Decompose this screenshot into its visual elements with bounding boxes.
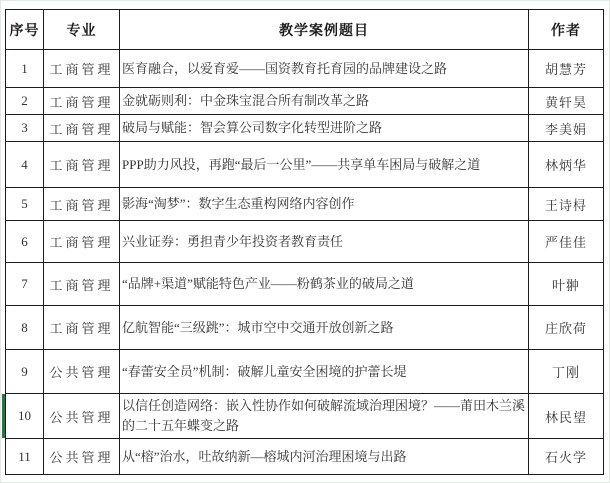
- header-cell-author: 作者: [529, 10, 604, 50]
- header-cell-title: 教学案例题目: [120, 10, 529, 50]
- row-major-cell: 工商管理: [44, 221, 120, 263]
- row-number-cell: 1: [6, 50, 44, 88]
- row-author-cell: 李美娟: [529, 115, 604, 142]
- row-number-cell: 8: [6, 306, 44, 350]
- row-title-cell: 从“榕”治水，吐故纳新—榕城内河治理困境与出路: [120, 439, 529, 475]
- row-title-cell: “春蕾安全员”机制：破解儿童安全困境的护蕾长堤: [120, 350, 529, 394]
- table-row: 7工商管理“品牌+渠道”赋能特色产业——粉鹤茶业的破局之道叶翀: [6, 263, 604, 306]
- row-author-cell: 叶翀: [529, 263, 604, 306]
- row-title-cell: 医育融合，以爱育爱——国资教育托育园的品牌建设之路: [120, 50, 529, 88]
- row-title-cell: 影海“淘梦”：数字生态重构网络内容创作: [120, 188, 529, 221]
- row-title-cell: PPP助力风投，再跑“最后一公里”——共享单车困局与破解之道: [120, 142, 529, 188]
- table-row: 8工商管理亿航智能“三级跳”：城市空中交通开放创新之路庄欣荷: [6, 306, 604, 350]
- row-major-cell: 工商管理: [44, 188, 120, 221]
- row-major-cell: 工商管理: [44, 88, 120, 115]
- table-row: 1工商管理医育融合，以爱育爱——国资教育托育园的品牌建设之路胡慧芳: [6, 50, 604, 88]
- table-row: 10公共管理以信任创造网络：嵌入性协作如何破解流域治理困境？——莆田木兰溪的二十…: [6, 394, 604, 439]
- row-author-cell: 严佳佳: [529, 221, 604, 263]
- row-author-cell: 林炳华: [529, 142, 604, 188]
- row-title-cell: 亿航智能“三级跳”：城市空中交通开放创新之路: [120, 306, 529, 350]
- document-page: 序号 专业 教学案例题目 作者 1工商管理医育融合，以爱育爱——国资教育托育园的…: [0, 0, 610, 483]
- row-number-cell: 5: [6, 188, 44, 221]
- header-cell-number: 序号: [6, 10, 44, 50]
- table-row: 2工商管理金就砺则利：中金珠宝混合所有制改革之路黄轩昊: [6, 88, 604, 115]
- row-author-cell: 王诗桪: [529, 188, 604, 221]
- row-author-cell: 石火学: [529, 439, 604, 475]
- row-title-cell: 金就砺则利：中金珠宝混合所有制改革之路: [120, 88, 529, 115]
- row-major-cell: 公共管理: [44, 394, 120, 439]
- row-major-cell: 工商管理: [44, 50, 120, 88]
- row-major-cell: 工商管理: [44, 306, 120, 350]
- header-row: 序号 专业 教学案例题目 作者: [6, 10, 604, 50]
- row-number-cell: 4: [6, 142, 44, 188]
- teaching-cases-table: 序号 专业 教学案例题目 作者 1工商管理医育融合，以爱育爱——国资教育托育园的…: [5, 9, 604, 475]
- row-title-cell: “品牌+渠道”赋能特色产业——粉鹤茶业的破局之道: [120, 263, 529, 306]
- row-author-cell: 庄欣荷: [529, 306, 604, 350]
- row-number-cell: 10: [6, 394, 44, 439]
- row-number-cell: 11: [6, 439, 44, 475]
- row-number-cell: 7: [6, 263, 44, 306]
- row-major-cell: 公共管理: [44, 350, 120, 394]
- row-title-cell: 兴业证券：勇担青少年投资者教育责任: [120, 221, 529, 263]
- row-title-cell: 破局与赋能：智会算公司数字化转型进阶之路: [120, 115, 529, 142]
- row-number-cell: 3: [6, 115, 44, 142]
- row-author-cell: 林民望: [529, 394, 604, 439]
- table-row: 3工商管理破局与赋能：智会算公司数字化转型进阶之路李美娟: [6, 115, 604, 142]
- row-major-cell: 工商管理: [44, 263, 120, 306]
- row-major-cell: 工商管理: [44, 142, 120, 188]
- row-author-cell: 胡慧芳: [529, 50, 604, 88]
- row-author-cell: 丁刚: [529, 350, 604, 394]
- row-number-cell: 2: [6, 88, 44, 115]
- table-row: 5工商管理影海“淘梦”：数字生态重构网络内容创作王诗桪: [6, 188, 604, 221]
- row-major-cell: 公共管理: [44, 439, 120, 475]
- row-title-cell: 以信任创造网络：嵌入性协作如何破解流域治理困境？——莆田木兰溪的二十五年蝶变之路: [120, 394, 529, 439]
- table-row: 9公共管理“春蕾安全员”机制：破解儿童安全困境的护蕾长堤丁刚: [6, 350, 604, 394]
- header-cell-major: 专业: [44, 10, 120, 50]
- table-row: 4工商管理PPP助力风投，再跑“最后一公里”——共享单车困局与破解之道林炳华: [6, 142, 604, 188]
- row-author-cell: 黄轩昊: [529, 88, 604, 115]
- table-row: 11公共管理从“榕”治水，吐故纳新—榕城内河治理困境与出路石火学: [6, 439, 604, 475]
- row-major-cell: 工商管理: [44, 115, 120, 142]
- row-number-cell: 6: [6, 221, 44, 263]
- row-number-cell: 9: [6, 350, 44, 394]
- table-row: 6工商管理兴业证券：勇担青少年投资者教育责任严佳佳: [6, 221, 604, 263]
